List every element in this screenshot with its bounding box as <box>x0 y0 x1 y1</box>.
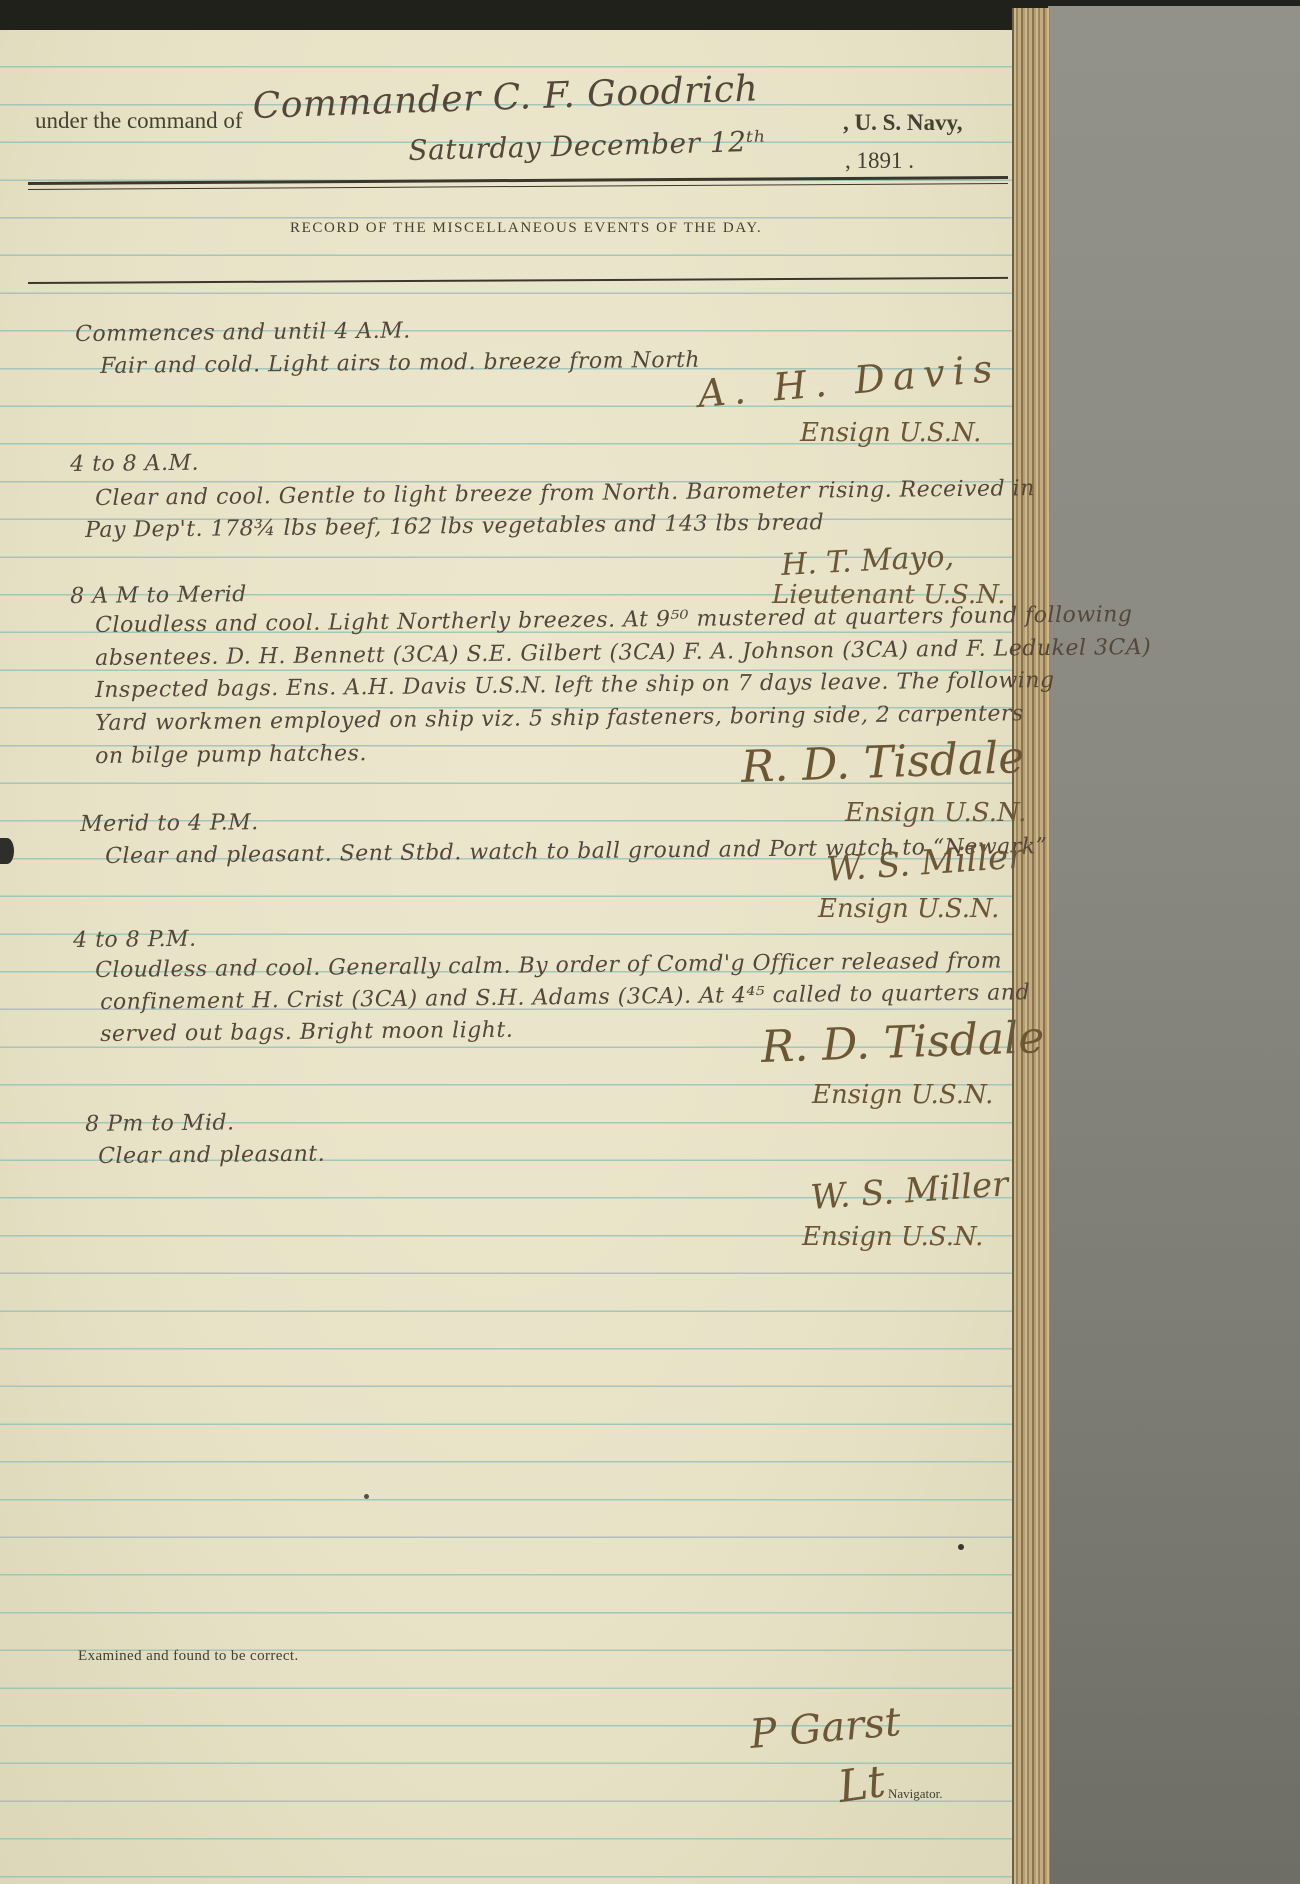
navigator-signature: P Garst <box>748 1699 903 1758</box>
entry-heading: Merid to 4 P.M. <box>80 810 259 837</box>
entry-line: Cloudless and cool. Light Northerly bree… <box>95 602 1133 638</box>
entry-line: confinement H. Crist (3CA) and S.H. Adam… <box>100 980 1030 1015</box>
signature-title: Ensign U.S.N. <box>812 1080 993 1110</box>
entry-heading: Commences and until 4 A.M. <box>75 318 411 347</box>
scan-speck <box>364 1494 369 1499</box>
entry-line: Clear and pleasant. <box>98 1142 325 1169</box>
entry-line: Inspected bags. Ens. A.H. Davis U.S.N. l… <box>95 668 1055 703</box>
record-title: RECORD OF THE MISCELLANEOUS EVENTS OF TH… <box>290 220 762 237</box>
entry-heading: 4 to 8 A.M. <box>70 451 199 477</box>
navy-label: , U. S. Navy, <box>843 110 963 136</box>
date-handwritten: Saturday December 12ᵗʰ <box>408 125 767 167</box>
entry-line: Cloudless and cool. Generally calm. By o… <box>95 949 1002 983</box>
entry-line: Fair and cold. Light airs to mod. breeze… <box>100 348 700 379</box>
navigator-flourish: Lt <box>835 1756 889 1813</box>
scan-speck <box>958 1544 964 1550</box>
entry-line: served out bags. Bright moon light. <box>100 1018 513 1047</box>
entry-line: Clear and cool. Gentle to light breeze f… <box>95 476 1035 511</box>
section-divider <box>28 277 1008 284</box>
navigator-label: Navigator. <box>888 1786 943 1802</box>
scan-artifact-blot <box>0 838 14 864</box>
commander-name-handwritten: Commander C. F. Goodrich <box>252 68 759 127</box>
scan-backdrop <box>1048 6 1300 1884</box>
signature-title: Ensign U.S.N. <box>818 894 999 924</box>
signature: A. H. Davis <box>696 346 1002 416</box>
signature-title: Ensign U.S.N. <box>800 418 981 448</box>
header-divider-thin <box>28 183 1008 190</box>
signature: H. T. Mayo, <box>780 539 955 583</box>
entry-heading: 8 A M to Merid <box>70 582 247 609</box>
examined-statement: Examined and found to be correct. <box>78 1648 299 1665</box>
entry-line: Yard workmen employed on ship viz. 5 shi… <box>95 701 1024 736</box>
header-prefix: under the command of <box>35 108 243 134</box>
entry-heading: 4 to 8 P.M. <box>73 927 197 953</box>
signature-title: Ensign U.S.N. <box>802 1222 983 1252</box>
signature: R. D. Tisdale <box>760 1012 1045 1073</box>
entry-heading: 8 Pm to Mid. <box>85 1110 235 1137</box>
entry-line: on bilge pump hatches. <box>95 741 367 769</box>
signature: W. S. Miller <box>809 1164 1009 1218</box>
book-page-edges <box>1012 8 1050 1884</box>
entry-line: Pay Dep't. 178¾ lbs beef, 162 lbs vegeta… <box>85 510 824 543</box>
signature: R. D. Tisdale <box>740 732 1025 793</box>
signature-title: Ensign U.S.N. <box>845 798 1026 828</box>
logbook-page: under the command of Commander C. F. Goo… <box>0 30 1012 1884</box>
year-label: , 1891 . <box>845 148 914 174</box>
entry-line: absentees. D. H. Bennett (3CA) S.E. Gilb… <box>95 635 1151 671</box>
